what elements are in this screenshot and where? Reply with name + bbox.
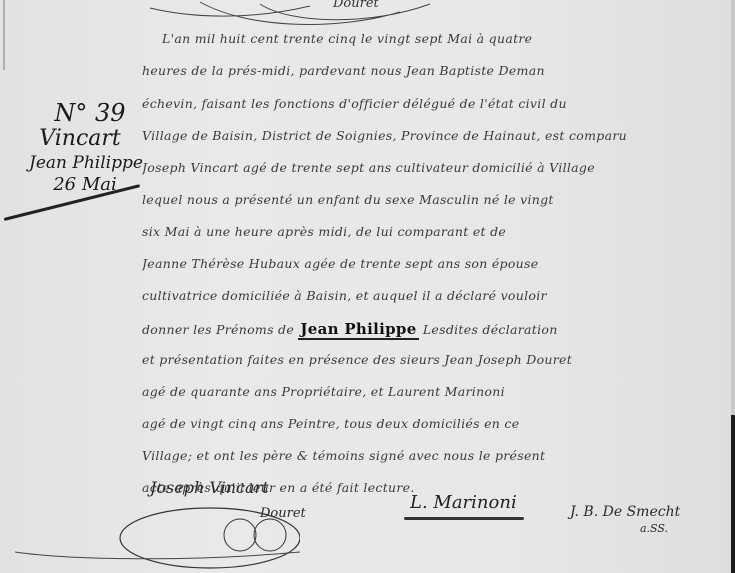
- margin-surname: Vincart: [10, 126, 150, 152]
- body-line: Jeanne Thérèse Hubaux agée de trente sep…: [142, 256, 732, 286]
- margin-annotation: N° 39 Vincart Jean Philippe 26 Mai: [10, 100, 150, 196]
- body-line: cultivatrice domiciliée à Baisin, et auq…: [142, 288, 732, 318]
- body-line: Village de Baisin, District de Soignies,…: [142, 128, 732, 158]
- declared-name: Jean Philippe: [298, 320, 418, 340]
- document-page: Douret N° 39 Vincart Jean Philippe 26 Ma…: [0, 0, 735, 573]
- body-line: L'an mil huit cent trente cinq le vingt …: [162, 31, 735, 61]
- signature-officer: J. B. De Smecht: [570, 504, 680, 520]
- body-line-with-name: donner les Prénoms de Jean Philippe Lesd…: [142, 320, 732, 350]
- signatures-area: Joseph Vincart Douret L. Marinoni J. B. …: [0, 470, 735, 573]
- body-line-prefix: donner les Prénoms de: [142, 322, 294, 337]
- left-margin-rule: [3, 0, 5, 70]
- record-number: N° 39: [30, 100, 150, 126]
- body-line: agé de quarante ans Propriétaire, et Lau…: [142, 384, 732, 414]
- signature-underline: [404, 517, 524, 520]
- margin-date: 26 Mai: [20, 174, 150, 196]
- top-signature: Douret: [333, 0, 379, 11]
- signature-officer-suffix: a.SS.: [640, 522, 668, 535]
- body-line: heures de la prés-midi, pardevant nous J…: [142, 63, 732, 93]
- body-line: agé de vingt cinq ans Peintre, tous deux…: [142, 416, 732, 446]
- signature-witness-marinoni: L. Marinoni: [410, 492, 517, 513]
- witness-signature-flourish: [10, 490, 300, 570]
- body-line: échevin, faisant les fonctions d'officie…: [142, 96, 732, 126]
- body-line: six Mai à une heure après midi, de lui c…: [142, 224, 732, 254]
- signature-witness-douret: Douret: [260, 506, 306, 521]
- body-line: lequel nous a présenté un enfant du sexe…: [142, 192, 732, 222]
- signature-father: Joseph Vincart: [150, 478, 269, 497]
- margin-given-names: Jean Philippe: [22, 152, 150, 174]
- body-line: et présentation faites en présence des s…: [142, 352, 732, 382]
- body-line-suffix: Lesdites déclaration: [423, 322, 558, 337]
- body-line: Joseph Vincart agé de trente sept ans cu…: [142, 160, 732, 190]
